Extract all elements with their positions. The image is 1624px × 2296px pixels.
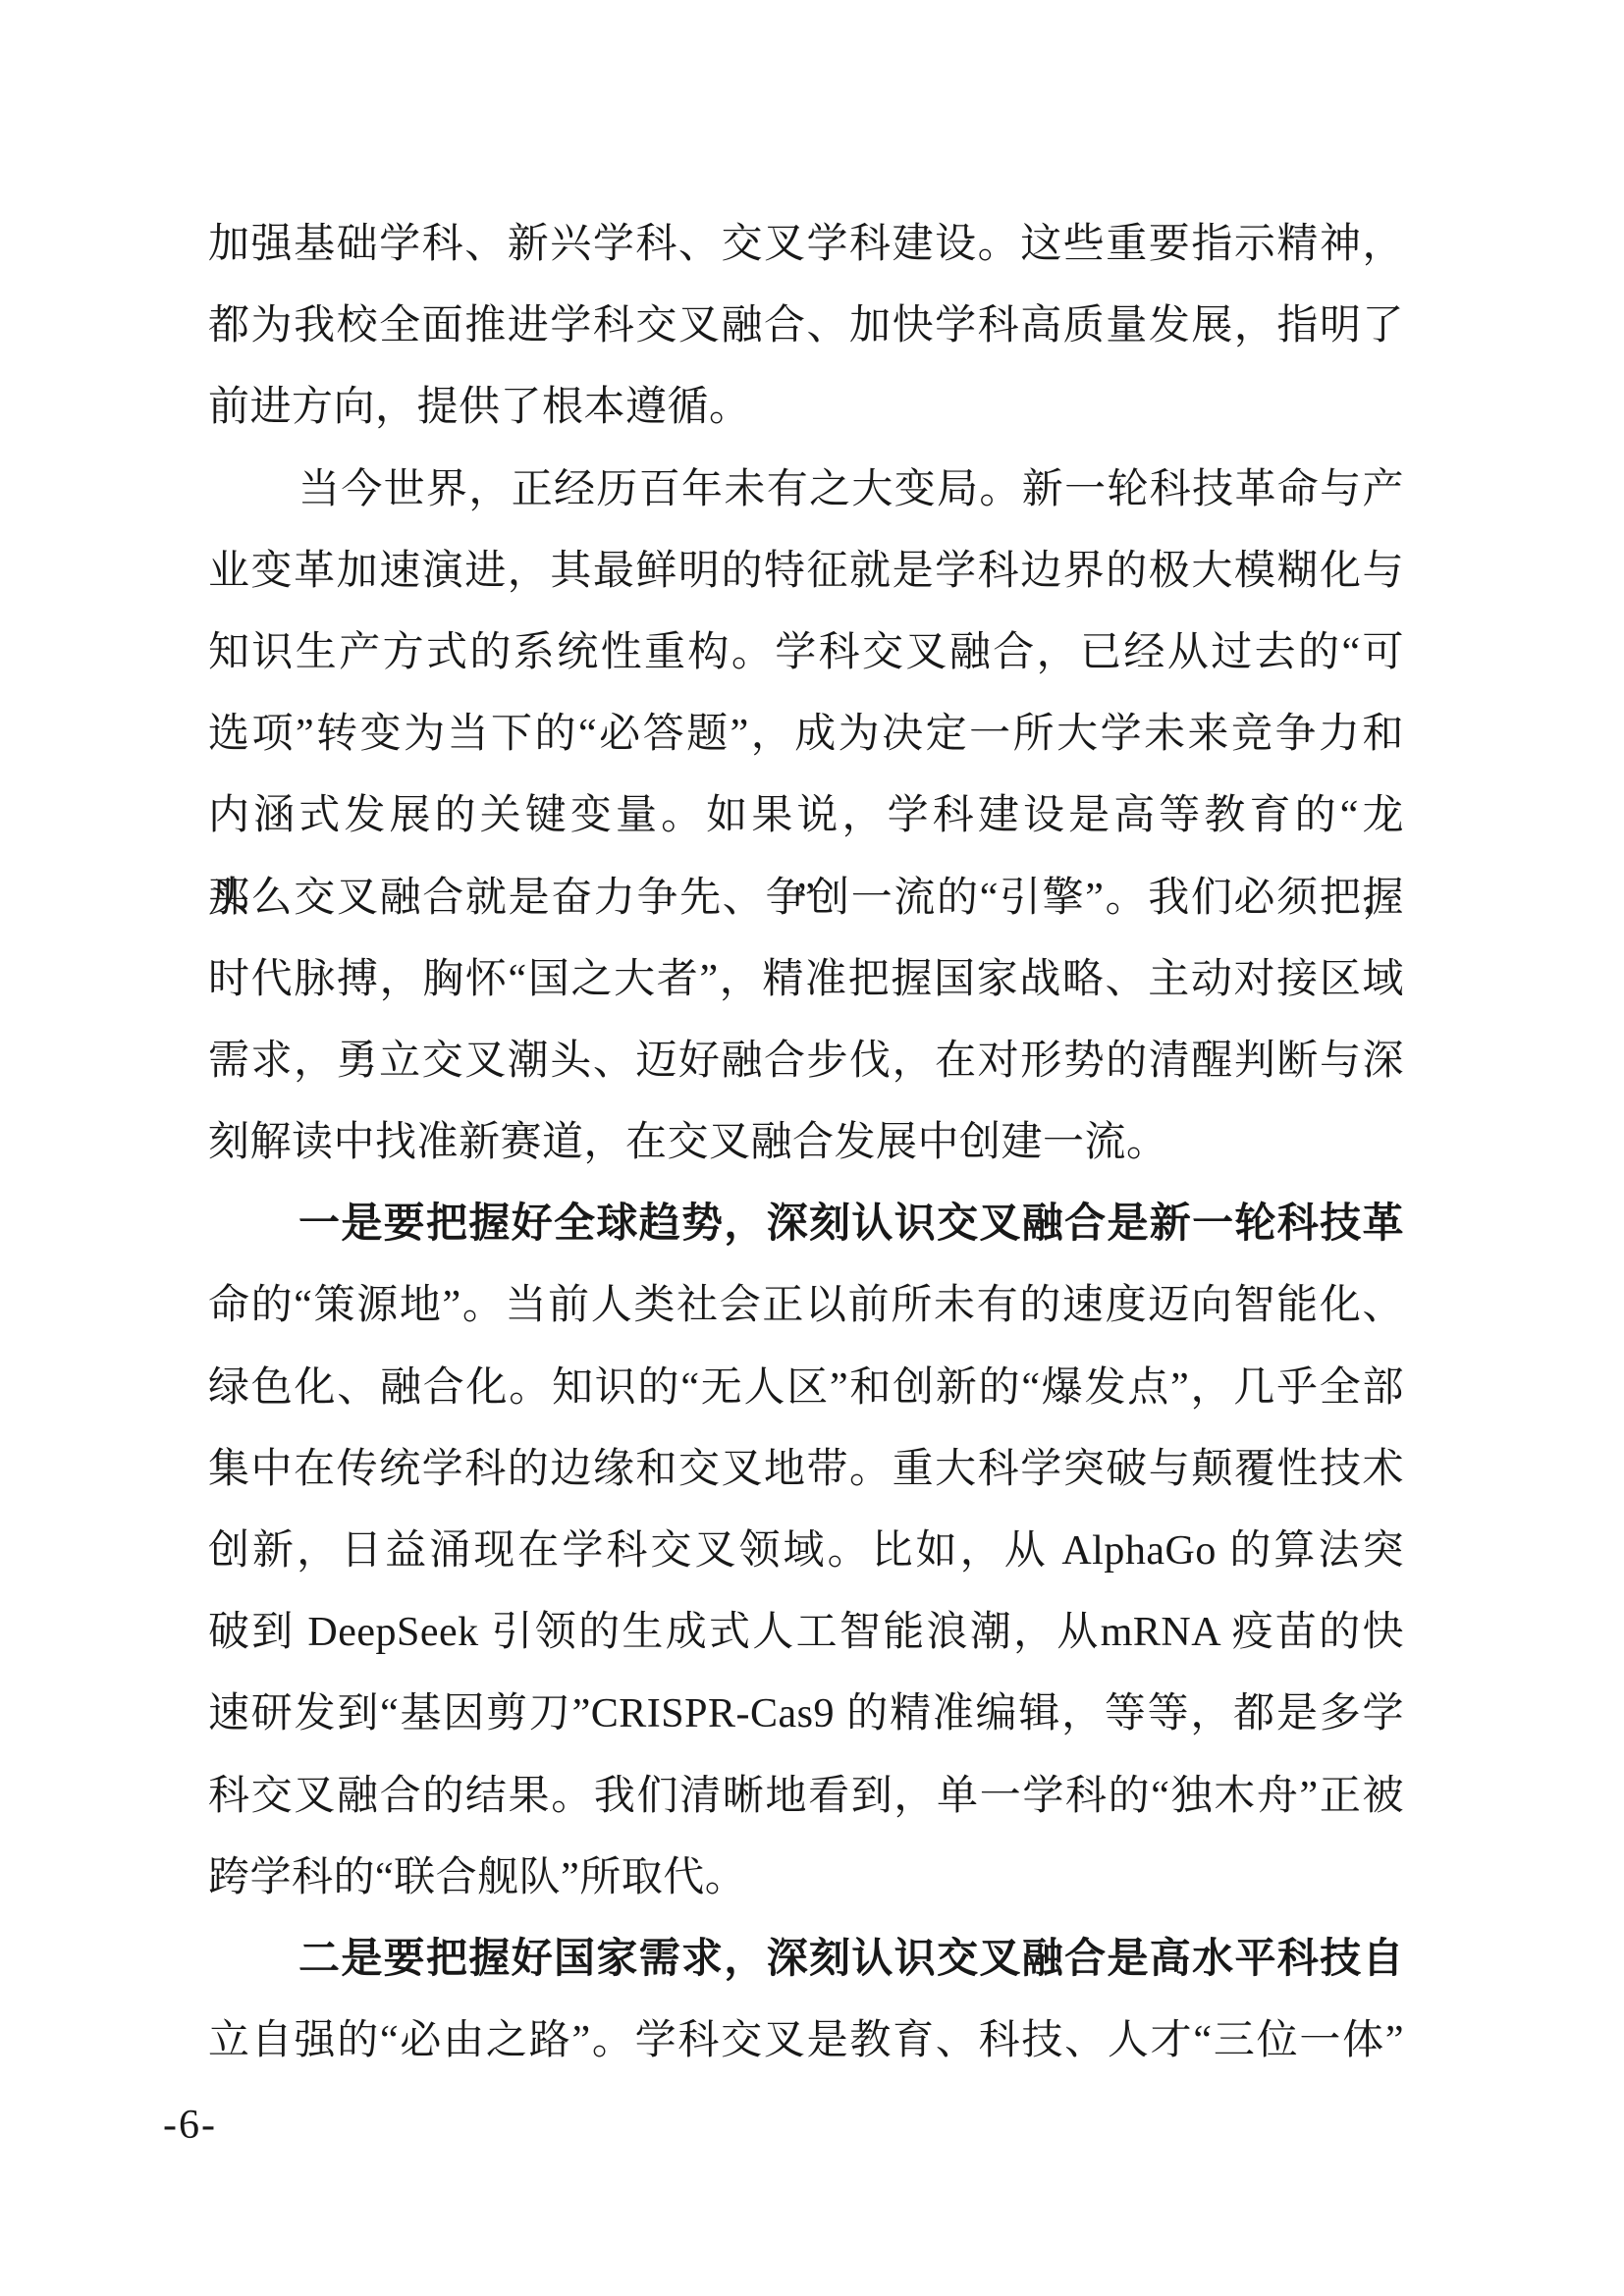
text-line: 前进方向，提供了根本遵循。	[208, 367, 1404, 449]
text-line: 绿色化、融合化。知识的“无人区”和创新的“爆发点”，几乎全部	[208, 1348, 1404, 1429]
text-line: 命的“策源地”。当前人类社会正以前所未有的速度迈向智能化、	[208, 1265, 1404, 1347]
document-page: 加强基础学科、新兴学科、交叉学科建设。这些重要指示精神，都为我校全面推进学科交叉…	[0, 0, 1624, 2296]
text-line: 当今世界，正经历百年未有之大变局。新一轮科技革命与产	[208, 450, 1404, 531]
text-line: 科交叉融合的结果。我们清晰地看到，单一学科的“独木舟”正被	[208, 1756, 1404, 1838]
text-line: 都为我校全面推进学科交叉融合、加快学科高质量发展，指明了	[208, 286, 1404, 367]
text-line: 集中在传统学科的边缘和交叉地带。重大科学突破与颠覆性技术	[208, 1429, 1404, 1511]
text-line: 选项”转变为当下的“必答题”，成为决定一所大学未来竞争力和	[208, 694, 1404, 775]
text-line: 需求，勇立交叉潮头、迈好融合步伐，在对形势的清醒判断与深	[208, 1021, 1404, 1102]
text-line: 速研发到“基因剪刀”CRISPR-Cas9 的精准编辑，等等，都是多学	[208, 1674, 1404, 1755]
text-line: 那么交叉融合就是奋力争先、争创一流的“引擎”。我们必须把握	[208, 858, 1404, 939]
text-line: 内涵式发展的关键变量。如果说，学科建设是高等教育的“龙头”，	[208, 775, 1404, 857]
text-line: 加强基础学科、新兴学科、交叉学科建设。这些重要指示精神，	[208, 204, 1404, 286]
text-line: 知识生产方式的系统性重构。学科交叉融合，已经从过去的“可	[208, 613, 1404, 694]
text-line: 立自强的“必由之路”。学科交叉是教育、科技、人才“三位一体”	[208, 2001, 1404, 2082]
text-line: 二是要把握好国家需求，深刻认识交叉融合是高水平科技自	[208, 1919, 1404, 2001]
page-number: -6-	[163, 2103, 217, 2148]
text-line: 时代脉搏，胸怀“国之大者”，精准把握国家战略、主动对接区域	[208, 939, 1404, 1021]
text-line: 业变革加速演进，其最鲜明的特征就是学科边界的极大模糊化与	[208, 531, 1404, 613]
page-footer: -6-	[163, 2101, 217, 2150]
text-line: 刻解读中找准新赛道，在交叉融合发展中创建一流。	[208, 1102, 1404, 1184]
text-line: 一是要把握好全球趋势，深刻认识交叉融合是新一轮科技革	[208, 1184, 1404, 1265]
text-line: 破到 DeepSeek 引领的生成式人工智能浪潮，从mRNA 疫苗的快	[208, 1592, 1404, 1674]
text-line: 创新，日益涌现在学科交叉领域。比如，从 AlphaGo 的算法突	[208, 1511, 1404, 1592]
text-line: 跨学科的“联合舰队”所取代。	[208, 1838, 1404, 1919]
document-body: 加强基础学科、新兴学科、交叉学科建设。这些重要指示精神，都为我校全面推进学科交叉…	[208, 204, 1404, 2082]
